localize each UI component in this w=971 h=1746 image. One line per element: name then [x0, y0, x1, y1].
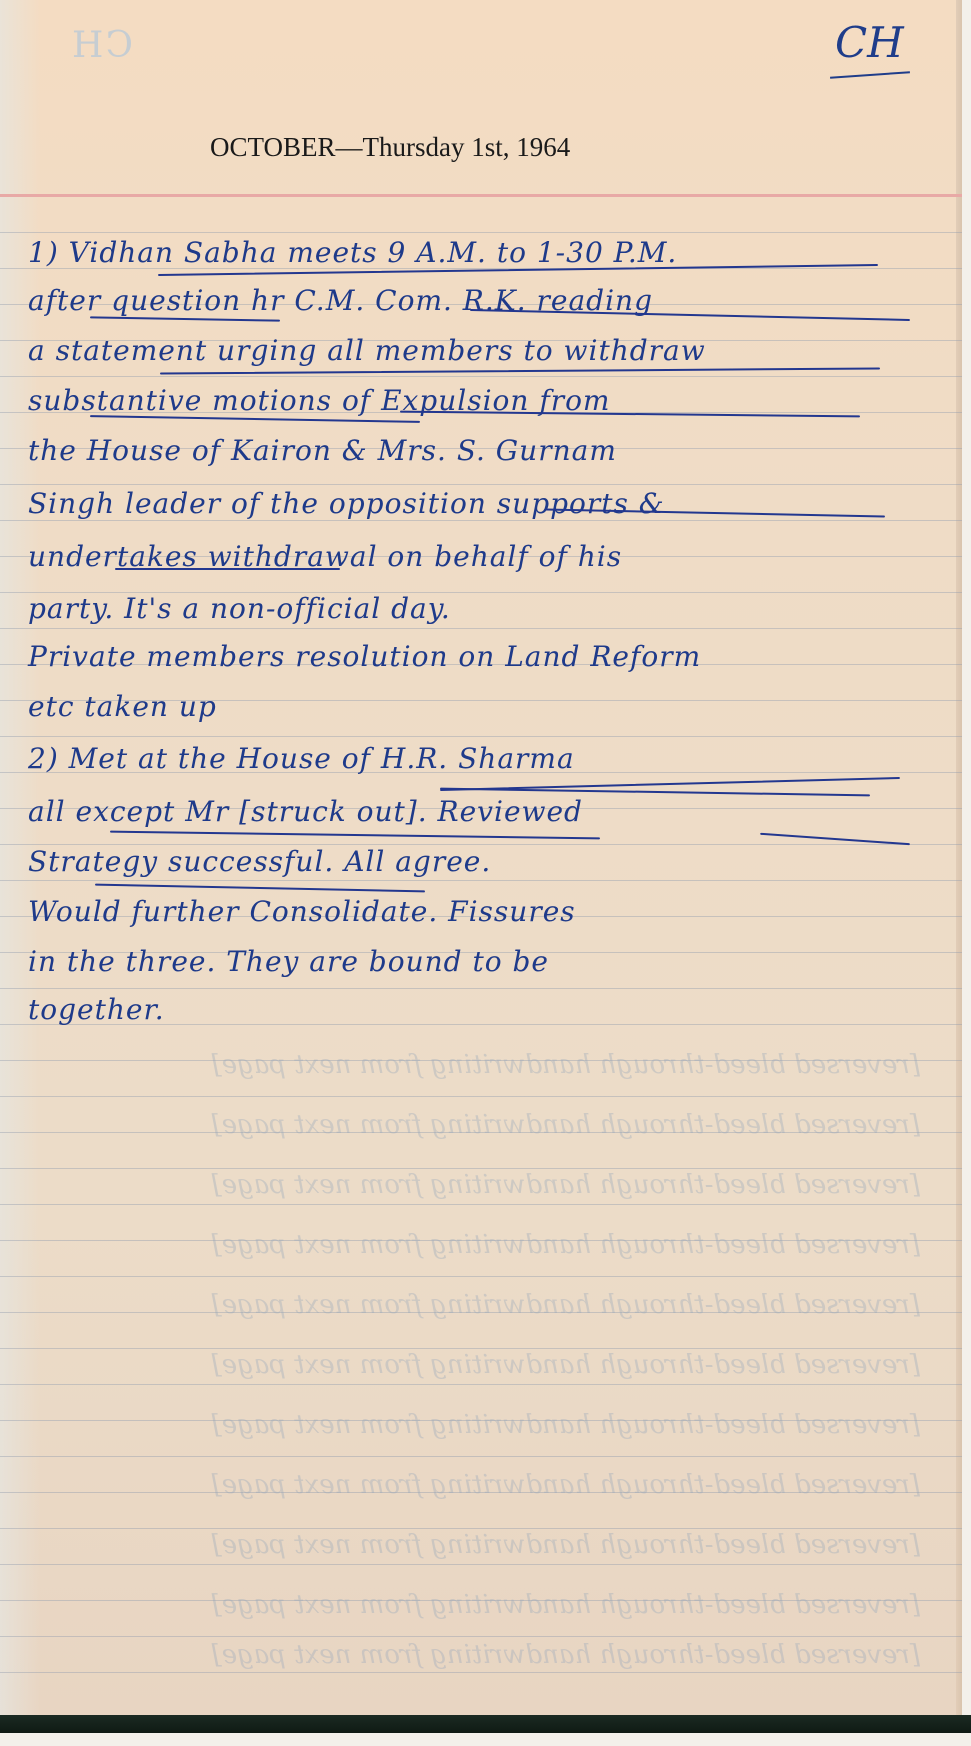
ruled-line — [0, 1456, 962, 1457]
ruled-line — [0, 232, 962, 233]
entry-line: a statement urging all members to withdr… — [28, 334, 948, 367]
entry-line: etc taken up — [28, 690, 948, 723]
showthrough-text: [reversed bleed-through handwriting from… — [40, 1530, 920, 1560]
ink-underline — [95, 884, 425, 893]
showthrough-text: [reversed bleed-through handwriting from… — [40, 1230, 920, 1260]
ruled-line — [0, 376, 962, 377]
ruled-line — [0, 628, 962, 629]
ruled-line — [0, 1348, 962, 1349]
showthrough-text: [reversed bleed-through handwriting from… — [40, 1350, 920, 1380]
ruled-line — [0, 1204, 962, 1205]
entry-line: Private members resolution on Land Refor… — [28, 640, 948, 673]
ink-underline — [110, 831, 600, 840]
ruled-line — [0, 736, 962, 737]
ruled-line — [0, 1384, 962, 1385]
ruled-line — [0, 1168, 962, 1169]
ruled-line — [0, 880, 962, 881]
ink-underline — [90, 316, 280, 321]
ruled-line — [0, 1096, 962, 1097]
showthrough-text: [reversed bleed-through handwriting from… — [40, 1170, 920, 1200]
ruled-line — [0, 484, 962, 485]
entry-line: after question hr C.M. Com. R.K. reading — [28, 284, 948, 317]
entry-line: all except Mr [struck out]. Reviewed — [28, 795, 948, 828]
corner-initials-underline — [830, 71, 910, 79]
entry-line: together. — [28, 993, 948, 1026]
header-rule — [0, 194, 962, 197]
showthrough-text: [reversed bleed-through handwriting from… — [40, 1110, 920, 1140]
entry-line: 2) Met at the House of H.R. Sharma — [28, 742, 948, 775]
entry-line: Strategy successful. All agree. — [28, 845, 948, 878]
showthrough-text: [reversed bleed-through handwriting from… — [40, 1290, 920, 1320]
showthrough-text: [reversed bleed-through handwriting from… — [40, 1050, 920, 1080]
entry-line: party. It's a non-official day. — [28, 592, 948, 625]
ruled-line — [0, 1276, 962, 1277]
faint-corner-mark: CH — [70, 25, 133, 66]
entry-line: in the three. They are bound to be — [28, 945, 948, 978]
ruled-line — [0, 988, 962, 989]
page-edge — [956, 0, 962, 1715]
ink-underline — [115, 568, 340, 570]
ruled-line — [0, 520, 962, 521]
ruled-line — [0, 1564, 962, 1565]
book-binding-edge — [0, 1715, 971, 1733]
diary-page: CH CH OCTOBER—Thursday 1st, 1964 1) Vidh… — [0, 0, 962, 1715]
showthrough-text: [reversed bleed-through handwriting from… — [40, 1470, 920, 1500]
ink-underline — [160, 367, 880, 374]
showthrough-text: [reversed bleed-through handwriting from… — [40, 1410, 920, 1440]
page-date-heading: OCTOBER—Thursday 1st, 1964 — [210, 132, 570, 163]
showthrough-text: [reversed bleed-through handwriting from… — [40, 1590, 920, 1620]
entry-line: Would further Consolidate. Fissures — [28, 895, 948, 928]
ruled-line — [0, 1672, 962, 1673]
ruled-line — [0, 1528, 962, 1529]
entry-line: the House of Kairon & Mrs. S. Gurnam — [28, 434, 948, 467]
ruled-line — [0, 1636, 962, 1637]
showthrough-text: [reversed bleed-through handwriting from… — [40, 1640, 920, 1670]
corner-initials: CH — [835, 18, 904, 67]
